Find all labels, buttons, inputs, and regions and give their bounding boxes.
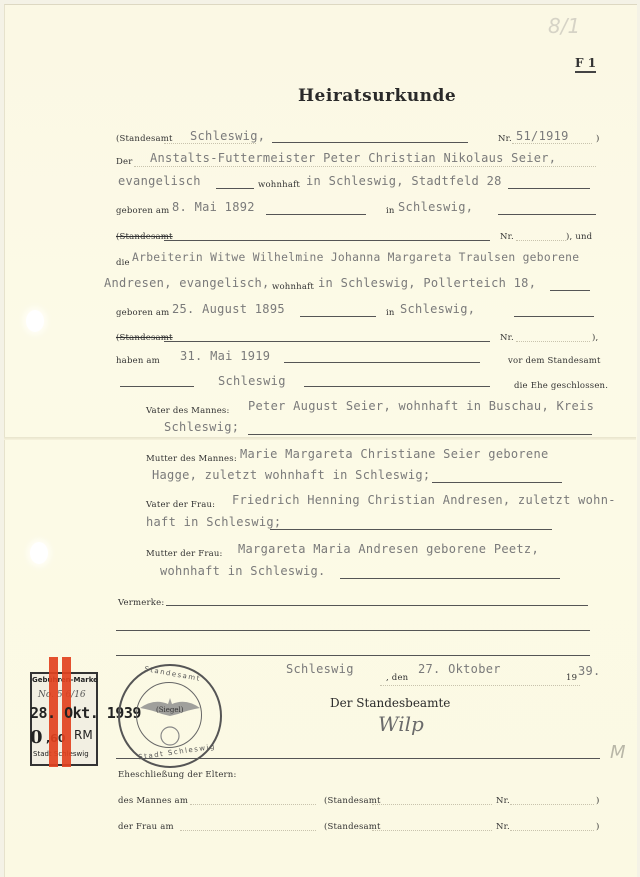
register-number: 51/1919 <box>516 129 569 143</box>
punch-hole-bottom <box>30 542 48 564</box>
bride-residence: in Schleswig, Pollerteich 18, <box>318 276 536 290</box>
label-mutter-des-mannes: Mutter des Mannes: <box>146 454 237 464</box>
label-des-mannes-am: des Mannes am <box>118 796 188 806</box>
label-mutter-der-frau: Mutter der Frau: <box>146 549 223 559</box>
label-vater-der-frau: Vater der Frau: <box>146 500 215 510</box>
issue-place: Schleswig <box>286 662 354 676</box>
standesamt-value: Schleswig, <box>190 129 265 143</box>
label-der: Der <box>116 157 133 167</box>
seal-center-text: (Siegel) <box>156 706 184 714</box>
groom-birth-place: Schleswig, <box>398 200 473 214</box>
groom-birth-date: 8. Mai 1892 <box>172 200 255 214</box>
form-code: F 1 <box>575 56 596 73</box>
marriage-date: 31. Mai 1919 <box>180 349 270 363</box>
groom-name: Anstalts-Futtermeister Peter Christian N… <box>150 151 556 165</box>
bride-name-line2: Andresen, evangelisch, <box>104 276 270 290</box>
groom-mother-line1: Marie Margareta Christiane Seier geboren… <box>240 447 549 461</box>
pencil-mark: 8/1 <box>548 14 580 38</box>
bride-name-line1: Arbeiterin Witwe Wilhelmine Johanna Marg… <box>132 251 579 264</box>
groom-residence: in Schleswig, Stadtfeld 28 <box>306 174 502 188</box>
bride-mother-line2: wohnhaft in Schleswig. <box>160 564 326 578</box>
issue-year: 39. <box>578 664 601 678</box>
bride-birth-date: 25. August 1895 <box>172 302 285 316</box>
groom-mother-line2: Hagge, zuletzt wohnhaft in Schleswig; <box>152 468 430 482</box>
label-vermerke: Vermerke: <box>118 598 164 608</box>
label-nr: Nr. <box>498 134 512 144</box>
margin-mark: M <box>610 742 626 763</box>
label-die: die <box>116 258 130 268</box>
punch-hole-top <box>26 310 44 332</box>
groom-father-line1: Peter August Seier, wohnhaft in Buschau,… <box>248 399 594 413</box>
marriage-place: Schleswig <box>218 374 286 388</box>
label-ehe-geschlossen: die Ehe geschlossen. <box>514 381 608 391</box>
label-wohnhaft: wohnhaft <box>258 180 300 190</box>
fee-stamp-issuer: Stadt Schleswig <box>33 750 89 758</box>
document-title: Heiratsurkunde <box>298 86 456 106</box>
fee-stamp-amount: 0 <box>30 727 43 748</box>
label-haben-am: haben am <box>116 356 160 366</box>
label-vater-des-mannes: Vater des Mannes: <box>146 406 230 416</box>
groom-religion: evangelisch <box>118 174 201 188</box>
bride-mother-line1: Margareta Maria Andresen geborene Peetz, <box>238 542 539 556</box>
label-eheschliessung-eltern: Eheschließung der Eltern: <box>118 770 237 780</box>
signatory-title: Der Standesbeamte <box>330 696 450 710</box>
label-wohnhaft-bride: wohnhaft <box>272 282 314 292</box>
bride-father-line1: Friedrich Henning Christian Andresen, zu… <box>232 493 616 507</box>
issue-date: 27. Oktober <box>418 662 501 676</box>
bride-father-line2: haft in Schleswig; <box>146 515 281 529</box>
groom-father-line2: Schleswig; <box>164 420 239 434</box>
label-geboren-am: geboren am <box>116 206 169 216</box>
label-den: , den <box>386 673 408 683</box>
official-signature: Wilp <box>378 712 424 736</box>
label-der-frau-am: der Frau am <box>118 822 174 832</box>
paper-fold <box>4 437 636 440</box>
label-vor-dem-standesamt: vor dem Standesamt <box>508 356 601 366</box>
bride-birth-place: Schleswig, <box>400 302 475 316</box>
label-in: in <box>386 206 395 216</box>
